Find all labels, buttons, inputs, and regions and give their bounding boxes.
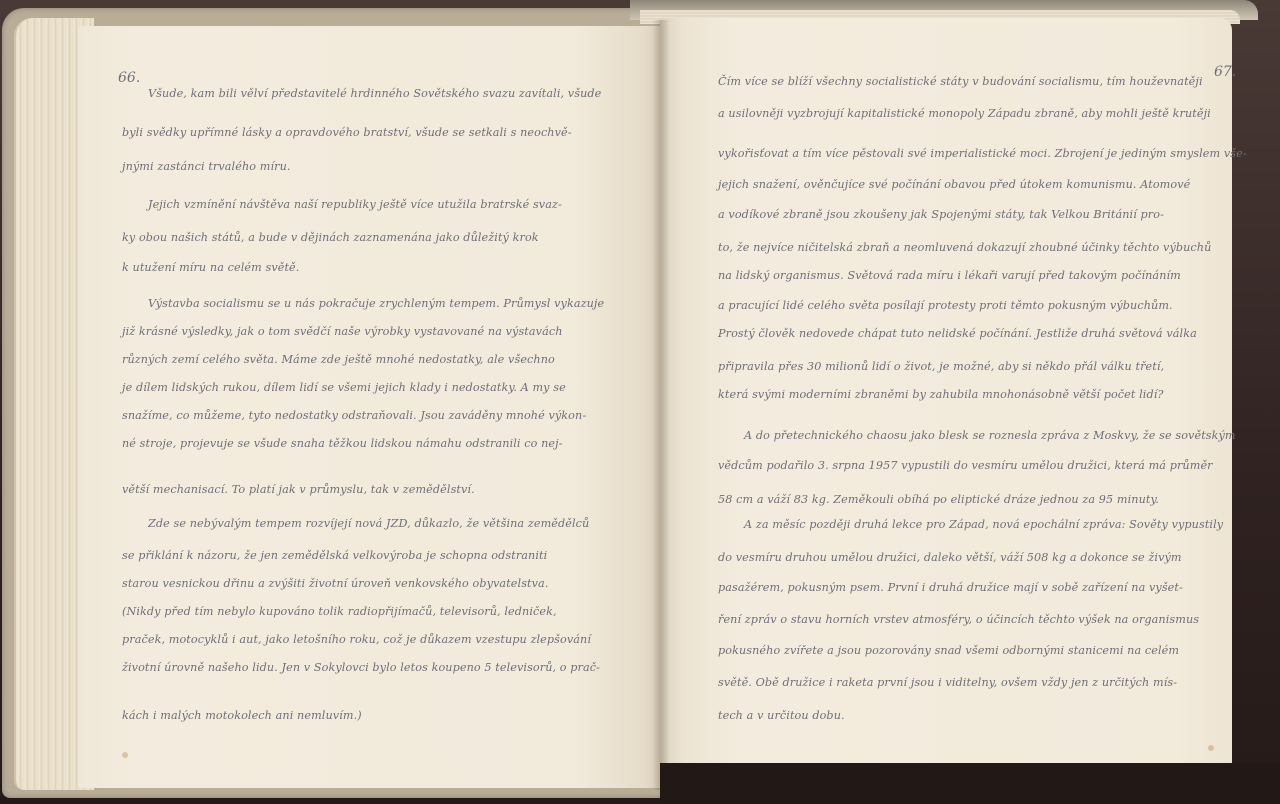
handwritten-line: (Nikdy před tím nebylo kupováno tolik ra…	[122, 602, 557, 622]
handwritten-line: připravila přes 30 milionů lidí o život,…	[718, 357, 1164, 377]
handwritten-line: Zde se nebývalým tempem rozvíjejí nová J…	[122, 514, 589, 534]
handwritten-line: Všude, kam bili vělví představitelé hrdi…	[122, 84, 601, 104]
handwritten-line: která svými moderními zbraněmi by zahubi…	[718, 385, 1164, 405]
handwritten-line: již krásné výsledky, jak o tom svědčí na…	[122, 322, 563, 342]
handwritten-line: vykořisťovat a tím více pěstovali své im…	[718, 144, 1247, 164]
handwritten-line: k utužení míru na celém světě.	[122, 258, 299, 278]
handwritten-line: Výstavba socialismu se u nás pokračuje z…	[122, 294, 604, 314]
handwritten-line: a pracující lidé celého světa posílají p…	[718, 296, 1173, 316]
handwritten-line: vědcům podařilo 3. srpna 1957 vypustili …	[718, 456, 1213, 476]
right-page-text: Čím více se blíží všechny socialistické …	[718, 0, 1218, 804]
handwritten-line: do vesmíru druhou umělou družici, daleko…	[718, 548, 1182, 568]
handwritten-line: na lidský organismus. Světová rada míru …	[718, 266, 1181, 286]
handwritten-line: jejich snažení, ověnčujíce své počínání …	[718, 175, 1190, 195]
handwritten-line: světě. Obě družice i raketa první jsou i…	[718, 673, 1177, 693]
handwritten-line: jnými zastánci trvalého míru.	[122, 157, 291, 177]
handwritten-line: a vodíkové zbraně jsou zkoušeny jak Spoj…	[718, 205, 1164, 225]
handwritten-line: snažíme, co můžeme, tyto nedostatky odst…	[122, 406, 586, 426]
left-page-text: Všude, kam bili vělví představitelé hrdi…	[122, 0, 642, 804]
handwritten-line: pasažérem, pokusným psem. První i druhá …	[718, 578, 1183, 598]
handwritten-line: pokusného zvířete a jsou pozorovány snad…	[718, 641, 1179, 661]
handwritten-line: životní úrovně našeho lidu. Jen v Sokylo…	[122, 658, 600, 678]
handwritten-line: praček, motocyklů i aut, jako letošního …	[122, 630, 591, 650]
book-gutter	[652, 20, 670, 790]
handwritten-line: různých zemí celého světa. Máme zde ješt…	[122, 350, 555, 370]
handwritten-line: Čím více se blíží všechny socialistické …	[718, 72, 1203, 92]
handwritten-line: kách i malých motokolech ani nemluvím.)	[122, 706, 362, 726]
handwritten-line: byli svědky upřímné lásky a opravdového …	[122, 123, 572, 143]
handwritten-line: starou vesnickou dřinu a zvýšiti životní…	[122, 574, 548, 594]
handwritten-line: je dílem lidských rukou, dílem lidí se v…	[122, 378, 566, 398]
handwritten-line: A za měsíc později druhá lekce pro Západ…	[718, 515, 1223, 535]
handwritten-line: né stroje, projevuje se všude snaha těžk…	[122, 434, 563, 454]
handwritten-line: větší mechanisací. To platí jak v průmys…	[122, 480, 475, 500]
handwritten-line: Jejich vzmínění návštěva naší republiky …	[122, 195, 562, 215]
handwritten-line: Prostý člověk nedovede chápat tuto nelid…	[718, 324, 1197, 344]
handwritten-line: to, že nejvíce ničitelská zbraň a neomlu…	[718, 238, 1211, 258]
handwritten-line: ření zpráv o stavu horních vrstev atmosf…	[718, 610, 1199, 630]
handwritten-line: ky obou našich států, a bude v dějinách …	[122, 228, 539, 248]
handwritten-line: a usilovněji vyzbrojují kapitalistické m…	[718, 104, 1211, 124]
handwritten-line: tech a v určitou dobu.	[718, 706, 845, 726]
handwritten-line: 58 cm a váží 83 kg. Zeměkouli obíhá po e…	[718, 490, 1159, 510]
handwritten-line: A do přetechnického chaosu jako blesk se…	[718, 426, 1236, 446]
handwritten-line: se přiklání k názoru, že jen zemědělská …	[122, 546, 547, 566]
